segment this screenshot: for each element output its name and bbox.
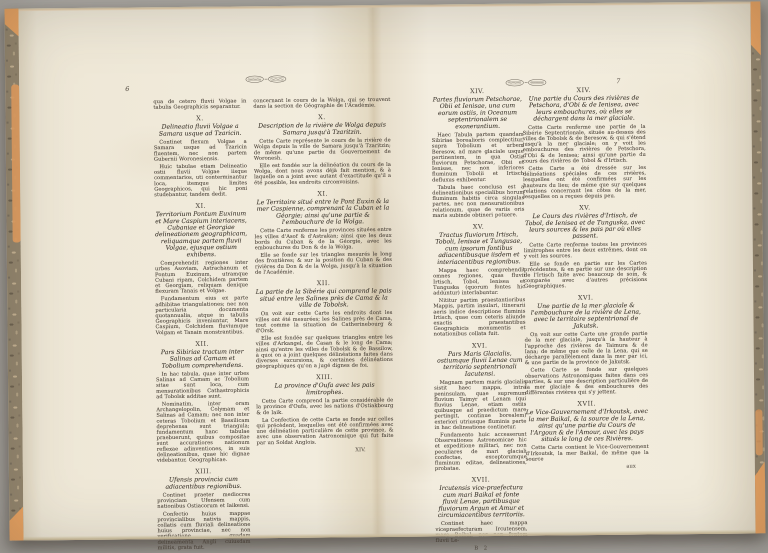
section-title: Ufensis provincia cum adiacentibus regio…: [157, 476, 250, 490]
section-number: X.: [253, 113, 390, 122]
section-title: Le Territoire situé entre le Pont Euxin …: [254, 198, 391, 226]
paragraph: Nominatim, inter oram Archangelopolin, C…: [156, 401, 250, 464]
section-number: XV.: [523, 203, 646, 212]
section-title: Pars Maris Glacialis, ostiumque fluvii L…: [434, 350, 526, 378]
paragraph: Cette Carte représente le cours de la ri…: [254, 138, 391, 162]
text-column-latin: XIV.Partes fluviorum Petschorae, Obii et…: [431, 87, 527, 553]
page-spread: 6: [18, 1, 755, 540]
section-title: Le Cours des rivières d'Irtisch, de Tobo…: [523, 212, 646, 240]
paragraph: Elle se fonde en partie sur les Cartes p…: [524, 260, 647, 289]
paragraph: Elle est fondée sur la délinéation du co…: [254, 162, 391, 186]
paragraph: Confectio huius mappae provincialibus na…: [157, 511, 250, 551]
section-number: XIII.: [256, 373, 393, 382]
paragraph: Haec Tabula partem quandam Sibiriae bore…: [432, 132, 524, 183]
page-number: 6: [125, 85, 129, 93]
signature: B 2: [436, 545, 528, 552]
section-number: XVI.: [524, 293, 647, 302]
paragraph: On voit sur cette Carte les endroits don…: [255, 310, 392, 334]
header-ornament-icon: [245, 75, 287, 85]
leather-corner: [9, 506, 23, 540]
section-number: X.: [153, 114, 246, 122]
paragraph: Continet flexum Volgae a Samara usque ad…: [154, 139, 247, 162]
paragraph: In hac tabula, quae inter urbes Salinas …: [156, 371, 249, 400]
paragraph: Tabula haec conclusa est a delineationib…: [432, 184, 524, 218]
paragraph: Continet haec mappa vicepraefecturam Irc…: [435, 520, 527, 543]
section-title: Une partie du Cours des rivières de Pets…: [522, 94, 645, 122]
section-number: XIV.: [431, 87, 523, 95]
section-title: Delineatio fluvii Volgae a Samara usque …: [154, 123, 247, 137]
continuation: concernant le cours de la Wolga, qui se …: [253, 97, 390, 110]
paragraph: Cette Carte se fonde sur quelques observ…: [525, 367, 648, 396]
section-number: XIII.: [157, 467, 250, 475]
text-column-latin: qua de cetero fluvii Volgae in tabulis G…: [153, 98, 250, 552]
section-title: La province d'Oufa avec les pais limitro…: [256, 382, 393, 397]
paragraph: Mappa haec comprehendit omnes regiones, …: [433, 267, 525, 296]
section-number: XVII.: [435, 475, 527, 483]
paragraph: Huic tabulae etiam Delineatio ostii fluv…: [154, 163, 247, 198]
paragraph: Cette Carte renferme les provinces situé…: [255, 227, 392, 251]
paragraph: Cette Carte renferme une partie de la Si…: [523, 124, 646, 164]
section-number: XII.: [156, 339, 249, 347]
page-number: 7: [616, 78, 620, 86]
catchword: XIV.: [257, 446, 394, 453]
section-number: XII.: [255, 278, 392, 287]
paragraph: Elle se fonde sur les triangles mesurés …: [255, 252, 392, 276]
paragraph: Fundamento huic accesserunt Observatione…: [435, 432, 527, 472]
section-title: Pars Sibiriae tractum inter Salinas ad C…: [156, 348, 249, 369]
section-title: Une partie de la mer glaciale & l'embouc…: [524, 302, 647, 330]
paragraph: Nititur partim praestantioribus Mappis, …: [433, 297, 525, 337]
paragraph: La Confection de cette Carte se fonde su…: [256, 416, 393, 445]
catchword: aux: [526, 463, 649, 470]
section-title: Territorium Pontum Euxinum et Mare Caspi…: [154, 210, 247, 258]
paragraph: Elle est fondée sur quelques triangles e…: [256, 334, 393, 369]
paragraph: Cette Carte comprend la partie considéra…: [256, 398, 393, 416]
leather-band: [755, 409, 762, 455]
paragraph: Comprehendit regiones inter urbes Asovia…: [155, 260, 248, 295]
section-number: XV.: [433, 222, 525, 230]
paragraph: Cette Carte contient le Vice-Gouvernemen…: [526, 444, 649, 462]
paragraph: Cette Carte renferme toutes les province…: [524, 241, 647, 259]
text-column-french: concernant le cours de la Wolga, qui se …: [253, 97, 393, 456]
section-title: Le Vice-Gouvernement d'Irkoutsk, avec la…: [525, 408, 648, 443]
section-number: XIV.: [522, 85, 645, 94]
photo-background: 6: [0, 0, 768, 553]
section-title: La partie de la Sibérie qui comprend le …: [255, 287, 392, 308]
leather-corner: [755, 461, 766, 533]
text-column-french: XIV.Une partie du Cours des rivières de …: [522, 85, 649, 472]
continuation: qua de cetero fluvii Volgae in tabulis G…: [153, 98, 246, 110]
text-layer: 6: [18, 1, 768, 540]
leather-corner: [750, 1, 761, 55]
paragraph: Magnam partem maris glacialis sistit hae…: [434, 379, 526, 430]
section-title: Ircutensis vice-praefectura cum mari Bai…: [435, 484, 527, 518]
paragraph: Cette Carte a été dressée sur les déliné…: [523, 165, 646, 200]
book: 6: [4, 1, 765, 540]
section-title: Partes fluviorum Petschorae, Obii et Ien…: [431, 96, 523, 130]
section-number: XVII.: [525, 399, 648, 408]
section-number: XI.: [154, 201, 247, 209]
paragraph: Fundamentum eius ex parte adhibitae tria…: [155, 295, 248, 335]
section-number: XVI.: [434, 341, 526, 349]
paragraph: Continet praeter mediocres provinciam Uf…: [157, 492, 250, 510]
paragraph: On voit sur cette Carte une grande parti…: [525, 331, 648, 366]
section-title: Tractus fluviorum Irtisch, Toboli, Ienis…: [433, 231, 525, 265]
section-title: Description de la rivière de Wolga depui…: [254, 122, 391, 137]
section-number: XI.: [254, 189, 391, 198]
leather-corner: [4, 9, 18, 37]
